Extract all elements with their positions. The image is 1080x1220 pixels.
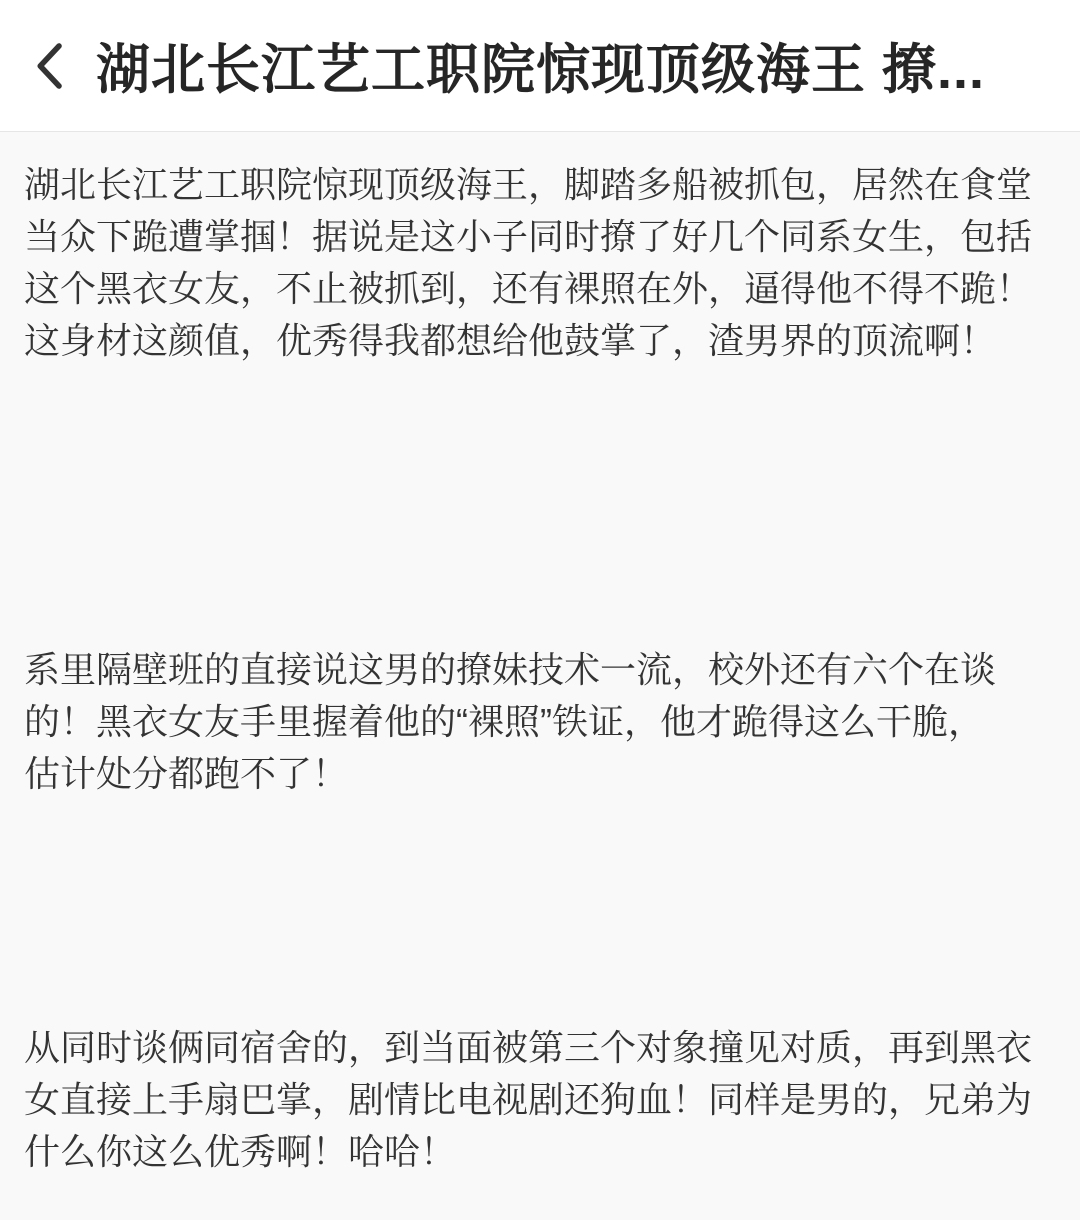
text-line: 的！黑衣女友手里握着他的“裸照”铁证，他才跪得这么干脆， <box>24 696 1056 748</box>
article-paragraph-2: 系里隔壁班的直接说这男的撩妹技术一流，校外还有六个在谈 的！黑衣女友手里握着他的… <box>24 644 1056 800</box>
text-line: 湖北长江艺工职院惊现顶级海王，脚踏多船被抓包，居然在食堂 <box>24 159 1056 211</box>
text-line: 这身材这颜值，优秀得我都想给他鼓掌了，渣男界的顶流啊！ <box>24 315 1056 367</box>
page-title: 湖北长江艺工职院惊现顶级海王 撩... <box>96 27 1064 104</box>
chevron-left-icon <box>34 41 64 91</box>
text-line: 女直接上手扇巴掌，剧情比电视剧还狗血！同样是男的，兄弟为 <box>24 1074 1056 1126</box>
article-content: 湖北长江艺工职院惊现顶级海王，脚踏多船被抓包，居然在食堂 当众下跪遭掌掴！据说是… <box>0 132 1080 1219</box>
text-line: 估计处分都跑不了！ <box>24 748 1056 800</box>
article-paragraph-1: 湖北长江艺工职院惊现顶级海王，脚踏多船被抓包，居然在食堂 当众下跪遭掌掴！据说是… <box>24 159 1056 367</box>
text-line: 当众下跪遭掌掴！据说是这小子同时撩了好几个同系女生，包括 <box>24 211 1056 263</box>
back-button[interactable] <box>34 36 78 96</box>
header-bar: 湖北长江艺工职院惊现顶级海王 撩... <box>0 0 1080 132</box>
text-line: 从同时谈俩同宿舍的，到当面被第三个对象撞见对质，再到黑衣 <box>24 1022 1056 1074</box>
text-line: 系里隔壁班的直接说这男的撩妹技术一流，校外还有六个在谈 <box>24 644 1056 696</box>
text-line: 这个黑衣女友，不止被抓到，还有裸照在外，逼得他不得不跪！ <box>24 263 1056 315</box>
article-paragraph-3: 从同时谈俩同宿舍的，到当面被第三个对象撞见对质，再到黑衣 女直接上手扇巴掌，剧情… <box>24 1022 1056 1178</box>
text-line: 什么你这么优秀啊！哈哈！ <box>24 1126 1056 1178</box>
